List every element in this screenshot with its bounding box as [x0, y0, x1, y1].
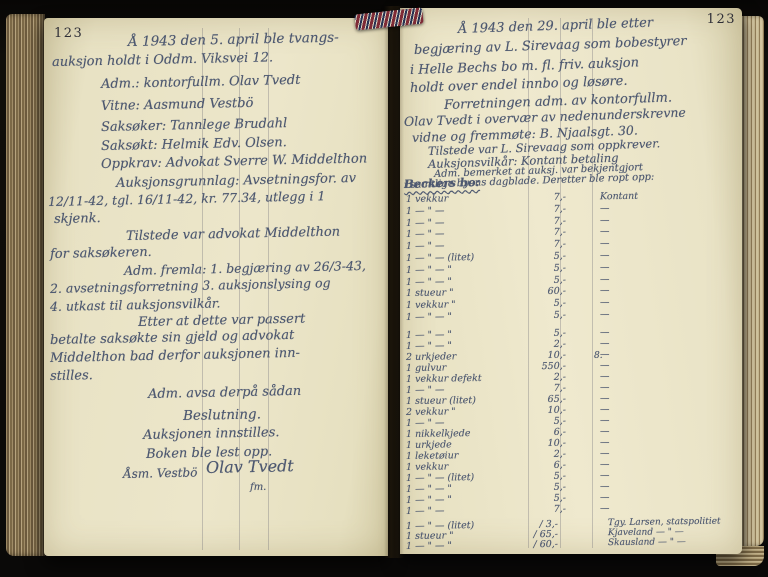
handwritten-line: Beslutning. [183, 406, 261, 424]
handwritten-line: Middelthon bad derfor auksjonen inn- [50, 346, 300, 366]
administrator-signature: Olav Tvedt [206, 456, 294, 477]
item-description: 1 vekkur " [406, 299, 456, 311]
item-description: 1 — " — " [406, 340, 452, 352]
handwritten-line: Oppkrav: Advokat Sverre W. Middelthon [101, 151, 367, 172]
item-price: 5,- [496, 251, 566, 263]
item-buyer-note: — [600, 371, 610, 382]
item-price: 5,- [496, 310, 566, 322]
handwritten-line: Å 1943 den 5. april ble tvangs- [128, 30, 339, 50]
item-buyer-note: — [600, 250, 610, 261]
item-price: 7,- [496, 204, 566, 216]
handwritten-line: Saksøkt: Helmik Edv. Olsen. [101, 135, 287, 154]
item-buyer-note: — [600, 274, 610, 285]
item-buyer-note: — [600, 459, 610, 470]
item-description: 1 stueur " [406, 287, 454, 299]
item-price: 5,- [496, 263, 566, 275]
item-buyer-note: — [600, 238, 610, 249]
item-description: 1 leketøiur [406, 450, 458, 462]
item-buyer-note: — [600, 415, 610, 426]
item-buyer-note: — [600, 262, 610, 273]
item-description: 1 nikkelkjede [406, 428, 471, 440]
item-buyer-note: — [600, 327, 610, 338]
item-description: 1 vekkur [406, 193, 448, 205]
item-buyer-note: — [600, 404, 610, 415]
handwritten-line: Auksjonen innstilles. [143, 425, 280, 443]
item-description: 1 — " — " [406, 483, 452, 495]
item-description: 1 — " — [406, 217, 445, 229]
handwritten-line: Saksøker: Tannlege Brudahl [101, 116, 288, 135]
left-page-text: Å 1943 den 5. april ble tvangs-auksjon h… [44, 18, 388, 556]
item-buyer-note: Skausland — " — [608, 537, 686, 548]
item-price: 7,- [496, 504, 566, 516]
book-page-edges-right [742, 16, 764, 546]
item-buyer-note: — [600, 470, 610, 481]
marginal-annotation: 8. [594, 351, 603, 361]
item-price: 7,- [496, 227, 566, 239]
item-description: 1 — " — " [406, 494, 452, 506]
item-price: 60,- [496, 286, 566, 298]
handwritten-line: Tilstede var advokat Middelthon [126, 225, 340, 244]
item-price: ∕ 60,- [496, 539, 558, 551]
handwritten-line: betalte saksøkte sin gjeld og advokat [50, 328, 295, 348]
photo-background: 123 Å 1943 den 5. april ble tvangs-auksj… [0, 0, 768, 577]
item-buyer-note: — [600, 492, 610, 503]
item-buyer-note: — [600, 437, 610, 448]
item-buyer-note: — [600, 215, 610, 226]
item-buyer-note: — [600, 426, 610, 437]
item-description: 1 — " — [406, 205, 445, 217]
left-page: 123 Å 1943 den 5. april ble tvangs-auksj… [44, 18, 388, 556]
item-description: 1 — " — (litet) [406, 252, 474, 264]
item-description: 1 — " — [406, 505, 445, 517]
handwritten-line: 4. utkast til auksjonsvilkår. [50, 295, 221, 314]
item-description: 1 — " — [406, 417, 445, 429]
item-price: 7,- [496, 239, 566, 251]
item-description: 1 — " — " [406, 311, 452, 323]
item-buyer-note: — [600, 448, 610, 459]
item-description: 1 — " — " [406, 264, 452, 276]
item-buyer-note: — [600, 393, 610, 404]
item-description: 1 vekkur [406, 461, 448, 473]
handwritten-line: auksjon holdt i Oddm. Viksvei 12. [52, 50, 273, 70]
item-buyer-note: — [600, 503, 610, 514]
item-buyer-note: — [600, 481, 610, 492]
handwritten-line: skjenk. [54, 211, 101, 227]
item-buyer-note: — [600, 382, 610, 393]
auction-item-table: 1 vekkur7,-Kontant1 — " —7,-—1 — " —7,-—… [400, 8, 742, 554]
book-gutter [384, 6, 404, 558]
item-description: 1 — " — [406, 384, 445, 396]
handwritten-line: 2. avsetningsforretning 3. auksjonslysin… [50, 275, 331, 296]
item-description: 1 — " — [406, 228, 445, 240]
item-buyer-note: — [600, 226, 610, 237]
item-description: 1 — " — " [406, 329, 452, 341]
ledger-book: 123 Å 1943 den 5. april ble tvangs-auksj… [0, 0, 768, 577]
item-buyer-note: — [600, 338, 610, 349]
right-page: 123 Å 1943 den 29. april ble etterbegjær… [400, 8, 742, 554]
signature-title: fm. [250, 482, 266, 493]
item-buyer-note: — [600, 297, 610, 308]
item-price: 7,- [496, 192, 566, 204]
item-description: 1 urkjede [406, 439, 452, 451]
handwritten-line: for saksøkeren. [50, 245, 152, 262]
item-buyer-note: — [600, 203, 610, 214]
handwritten-line: Adm. avsa derpå sådan [148, 384, 302, 402]
item-description: 1 — " — [406, 240, 445, 252]
handwritten-line: Vitne: Aasmund Vestbö [101, 96, 254, 114]
handwritten-line: Adm.: kontorfullm. Olav Tvedt [101, 73, 301, 92]
witness-signature: Åsm. Vestbö [123, 465, 198, 481]
handwritten-line: stilles. [50, 368, 93, 384]
item-description: 2 vekkur " [406, 406, 456, 418]
item-price: 5,- [496, 298, 566, 310]
item-buyer-note: Kontant [600, 191, 638, 203]
item-description: 1 — " — " [406, 276, 452, 288]
book-page-edges-left [6, 14, 45, 556]
item-buyer-note: — [600, 285, 610, 296]
item-buyer-note: — [600, 360, 610, 371]
item-description: 1 — " — " [406, 540, 452, 552]
item-description: 2 urkjeder [406, 351, 456, 363]
handwritten-line: 12/11-42, tgl. 16/11-42, kr. 77.34, utle… [48, 188, 326, 209]
item-buyer-note: — [600, 309, 610, 320]
item-description: 1 gulvur [406, 362, 446, 374]
